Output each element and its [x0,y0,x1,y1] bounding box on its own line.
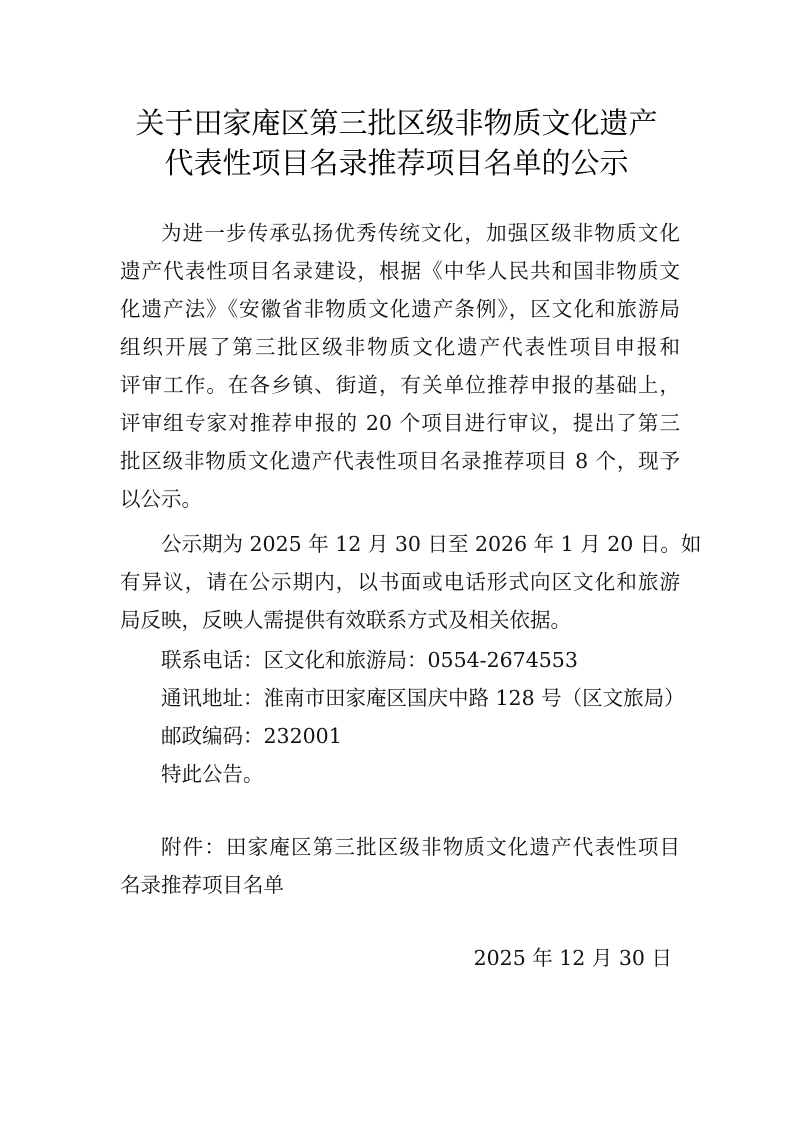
document-page: 关于田家庵区第三批区级非物质文化遗产 代表性项目名录推荐项目名单的公示 为进一步… [0,0,793,1122]
attachment-line-2: 名录推荐项目名单 [120,872,680,898]
paragraph-1-line-8: 以公示。 [120,486,680,512]
document-date: 2025 年 12 月 30 日 [474,945,672,971]
paragraph-1-line-6: 评审组专家对推荐申报的 20 个项目进行审议，提出了第三 [120,410,680,436]
document-title-line-1: 关于田家庵区第三批区级非物质文化遗产 [0,103,793,143]
paragraph-1-line-1: 为进一步传承弘扬优秀传统文化，加强区级非物质文化 [161,220,680,246]
paragraph-1-line-4: 组织开展了第三批区级非物质文化遗产代表性项目申报和 [120,334,680,360]
paragraph-1-line-3: 化遗产法》《安徽省非物质文化遗产条例》，区文化和旅游局 [120,296,680,322]
paragraph-2-line-3: 局反映，反映人需提供有效联系方式及相关依据。 [120,607,680,633]
document-title-line-2: 代表性项目名录推荐项目名单的公示 [0,143,793,183]
attachment-line-1: 附件：田家庵区第三批区级非物质文化遗产代表性项目 [161,834,680,860]
contact-address: 通讯地址：淮南市田家庵区国庆中路 128 号（区文旅局） [161,685,680,711]
paragraph-2-line-2: 有异议，请在公示期内，以书面或电话形式向区文化和旅游 [120,569,680,595]
paragraph-2-line-1: 公示期为 2025 年 12 月 30 日至 2026 年 1 月 20 日。如 [161,531,680,557]
contact-phone: 联系电话：区文化和旅游局：0554-2674553 [161,647,680,673]
closing-statement: 特此公告。 [161,761,680,787]
paragraph-1-line-5: 评审工作。在各乡镇、街道，有关单位推荐申报的基础上， [120,372,680,398]
paragraph-1-line-2: 遗产代表性项目名录建设，根据《中华人民共和国非物质文 [120,258,680,284]
contact-postcode: 邮政编码：232001 [161,723,680,749]
paragraph-1-line-7: 批区级非物质文化遗产代表性项目名录推荐项目 8 个，现予 [120,448,680,474]
